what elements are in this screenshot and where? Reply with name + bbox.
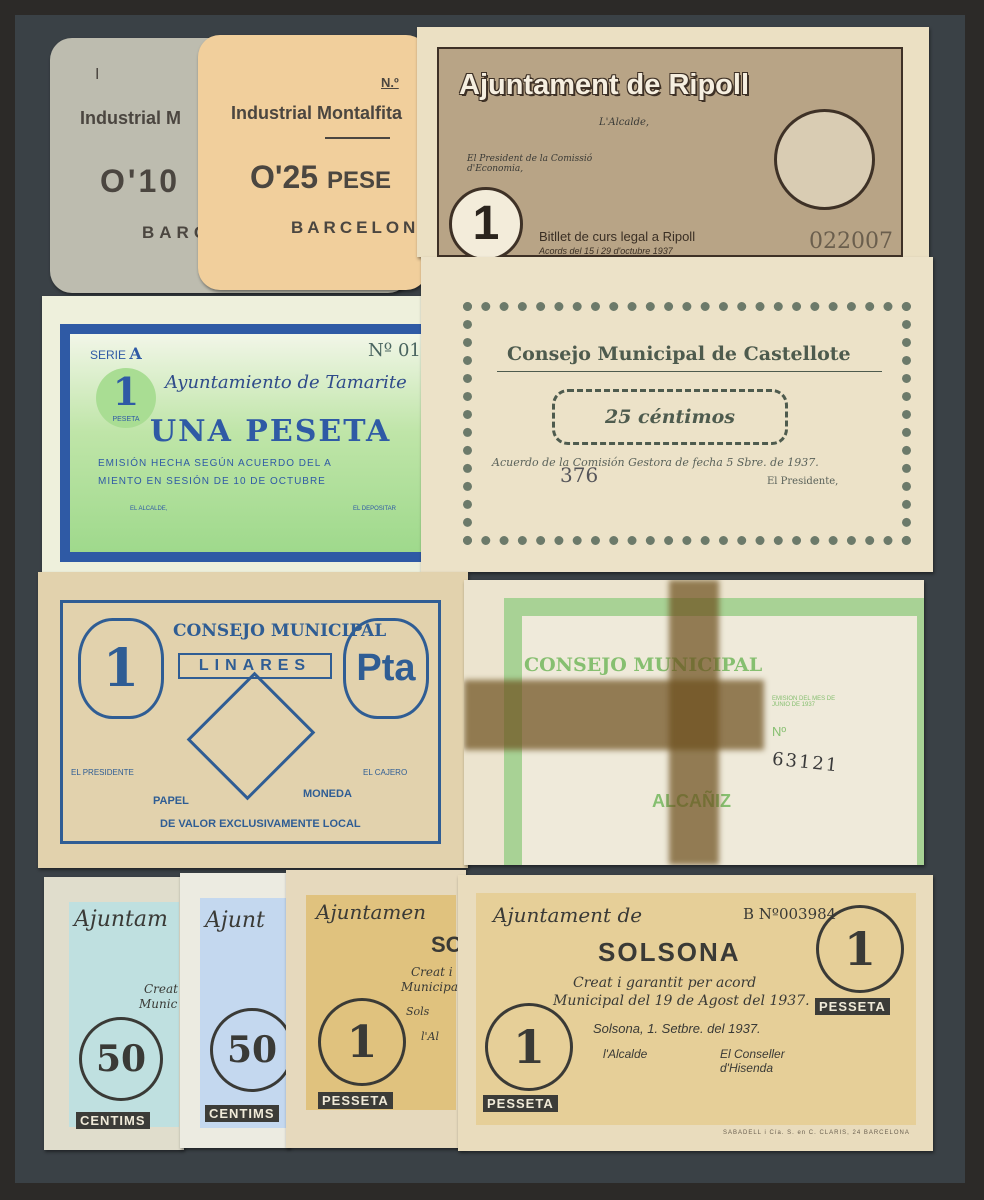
banknote-solsona-050-b: Ajunt 50 CENTIMS [180,873,290,1148]
printer: SABADELL i Cía. S. en C. CLARIS, 24 BARC… [723,1130,910,1136]
serial: 022007 [809,229,893,254]
side-left: PAPEL [153,795,189,807]
text-1: Creat i [411,965,453,979]
text-4: l'Al [421,1030,439,1043]
decree: Acuerdo de la Comisión Gestora de fecha … [492,456,819,469]
value: O'10 [100,163,180,200]
signer-1: EL ALCALDE, [130,506,167,512]
banknote-solsona-1-b: Ajuntament de B Nº003984 SOLSONA Creat i… [458,875,933,1151]
banknote-tamarite: SERIE A Nº 01 1 PESETA Ayuntamiento de T… [42,296,427,574]
denomination: 1 [449,187,523,257]
city: SOLSONA [598,937,741,968]
title: Ajuntament de [493,903,642,927]
text-1: Creat [144,982,178,996]
signer-2: EL CAJERO [363,768,407,777]
issuer: Industrial Montalfita [231,103,402,124]
city: BARCELON [291,218,419,238]
text-3: Sols [406,1005,429,1018]
stain [464,680,764,750]
divider [325,137,390,139]
printer: IMP. LOPEZ HIJOS LINARES [163,840,216,845]
legend: Bitllet de curs legal a Ripoll [539,229,695,244]
coat-of-arms [187,672,316,801]
mark: I [95,66,99,84]
number-label: Nº [772,724,786,739]
issuer: Industrial M [80,108,181,129]
text-2: Municipa [401,980,458,994]
number: Nº 01 [368,340,421,361]
denomination: 50 [79,1017,163,1101]
signer-2: EL DEPOSITAR [353,506,396,512]
series: SERIE A [90,344,142,363]
denomination-badge: 1 PESETA [96,368,156,428]
emission: EMISION DEL MES DE JUNIO DE 1937 [772,696,852,708]
value: 25 céntimos [552,389,788,445]
serial: 376 [560,463,598,487]
decree: Acords del 15 i 29 d'octubre 1937 [539,246,673,256]
date: Solsona, 1. Setbre. del 1937. [593,1021,761,1036]
unit: Pta [343,618,429,719]
emission-line-2: MIENTO EN SESIÓN DE 10 DE OCTUBRE [98,476,326,487]
issuer: Ayuntamiento de Tamarite [165,372,407,393]
guarantee-1: Creat i garantit per acord [573,975,756,991]
issuer: Consejo Municipal de Castellote [507,343,851,365]
signer: El Presidente, [767,476,838,487]
unit: PESSETA [318,1092,393,1109]
value: O'25 PESE [250,159,391,196]
title: Ajunt [205,908,265,933]
serial: B Nº003984 [743,905,836,923]
title: Ajuntamen [316,900,426,924]
unit-left: PESSETA [483,1095,558,1112]
guarantee-2: Municipal del 19 de Agost del 1937. [553,993,810,1009]
banknote-solsona-1-a: Ajuntamen SO Creat i Municipa Sols l'Al … [286,870,466,1148]
denomination: 50 [210,1008,290,1092]
signer-1: l'Alcalde [603,1047,647,1061]
title: Ajuntam [74,907,168,932]
denomination-left: 1 [485,1003,573,1091]
issuer: CONSEJO MUNICIPAL [524,654,762,676]
serial: 63121 [771,749,840,777]
rooster-emblem [774,109,875,210]
stain [669,580,719,865]
banknote-montalfita-025: N.º Industrial Montalfita O'25 PESE BARC… [198,35,428,290]
signer-1: EL PRESIDENTE [71,768,134,777]
number-label: N.º [381,75,399,90]
unit-right: PESSETA [815,998,890,1015]
signer-2: El President de la Comissió d'Economia, [467,154,597,174]
denomination: 1 [78,618,164,719]
banknote-alcaniz: CONSEJO MUNICIPAL EMISION DEL MES DE JUN… [464,580,924,865]
divider [497,371,882,372]
text-2: Munic [139,997,177,1011]
value-text: UNA PESETA [150,414,391,449]
footer: DE VALOR EXCLUSIVAMENTE LOCAL [160,818,361,830]
banknote-linares: CONSEJO MUNICIPAL LINARES 1 Pta EL PRESI… [38,572,468,868]
signer-2: El Conseller d'Hisenda [720,1047,800,1075]
denomination: 1 [318,998,406,1086]
title: Ajuntament de Ripoll [459,69,749,102]
signer-1: L'Alcalde, [599,117,649,128]
banknote-solsona-050-a: Ajuntam Creat Munic 50 CENTIMS [44,877,184,1150]
banknote-ripoll: Ajuntament de Ripoll L'Alcalde, El Presi… [417,27,929,257]
side-right: MONEDA [303,788,352,800]
emission-line-1: EMISIÓN HECHA SEGÚN ACUERDO DEL A [98,458,332,469]
unit: CENTIMS [205,1105,279,1122]
unit: CENTIMS [76,1112,150,1129]
denomination-right: 1 [816,905,904,993]
banknote-castellote: Consejo Municipal de Castellote 25 cénti… [421,257,933,572]
